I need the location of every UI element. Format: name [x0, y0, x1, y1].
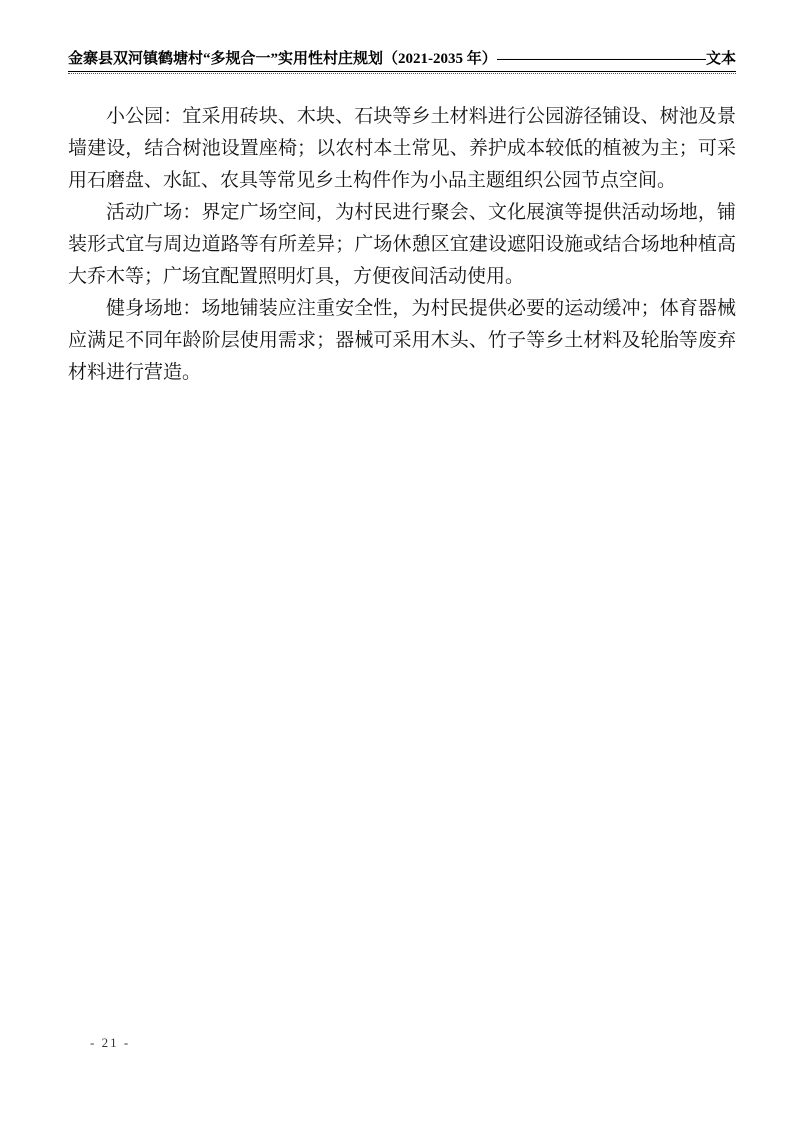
paragraph-fitness-ground: 健身场地：场地铺装应注重安全性，为村民提供必要的运动缓冲；体育器械应满足不同年龄…: [68, 293, 736, 389]
page-footer: - 21 -: [90, 1035, 130, 1051]
header-row: 金寨县双河镇鹤塘村“多规合一”实用性村庄规划（2021-2035 年） ————…: [68, 50, 736, 72]
document-page: 金寨县双河镇鹤塘村“多规合一”实用性村庄规划（2021-2035 年） ————…: [0, 0, 793, 1122]
header-rule-dotted: [68, 72, 736, 74]
paragraph-activity-plaza: 活动广场：界定广场空间，为村民进行聚会、文化展演等提供活动场地，铺装形式宜与周边…: [68, 197, 736, 293]
paragraph-small-park: 小公园：宜采用砖块、木块、石块等乡土材料进行公园游径铺设、树池及景墙建设，结合树…: [68, 101, 736, 197]
header-leader-dashes: ——————————————————————————: [497, 50, 706, 68]
page-header: 金寨县双河镇鹤塘村“多规合一”实用性村庄规划（2021-2035 年） ————…: [68, 50, 736, 74]
header-doc-type-label: 文本: [706, 50, 736, 68]
document-body: 小公园：宜采用砖块、木块、石块等乡土材料进行公园游径铺设、树池及景墙建设，结合树…: [68, 101, 736, 389]
header-title: 金寨县双河镇鹤塘村“多规合一”实用性村庄规划（2021-2035 年）: [68, 50, 497, 68]
page-number: - 21 -: [90, 1035, 130, 1050]
